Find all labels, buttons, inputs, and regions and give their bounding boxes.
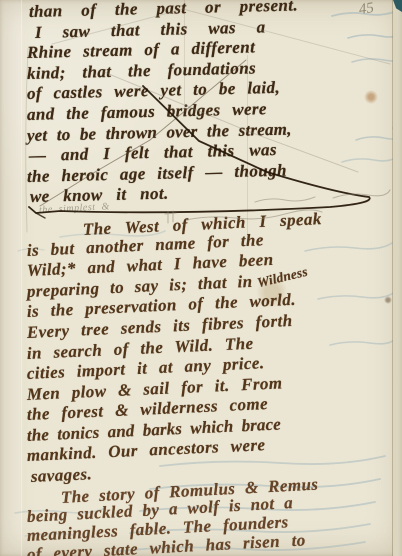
paper-crease <box>21 0 22 556</box>
manuscript-page: than of the past or present. I saw that … <box>0 0 402 556</box>
paragraph-romulus-and-remus: The story of Romulus & Remus being suckl… <box>27 488 402 556</box>
page-number: 45 <box>358 0 375 19</box>
crossed-out-paragraph: than of the past or present. I saw that … <box>27 2 402 208</box>
manuscript-text: than of the past or present. I saw that … <box>27 2 402 556</box>
paragraph-west-of-which-i-speak: The West of which I speak is but another… <box>27 220 402 488</box>
page-edge <box>392 0 402 556</box>
